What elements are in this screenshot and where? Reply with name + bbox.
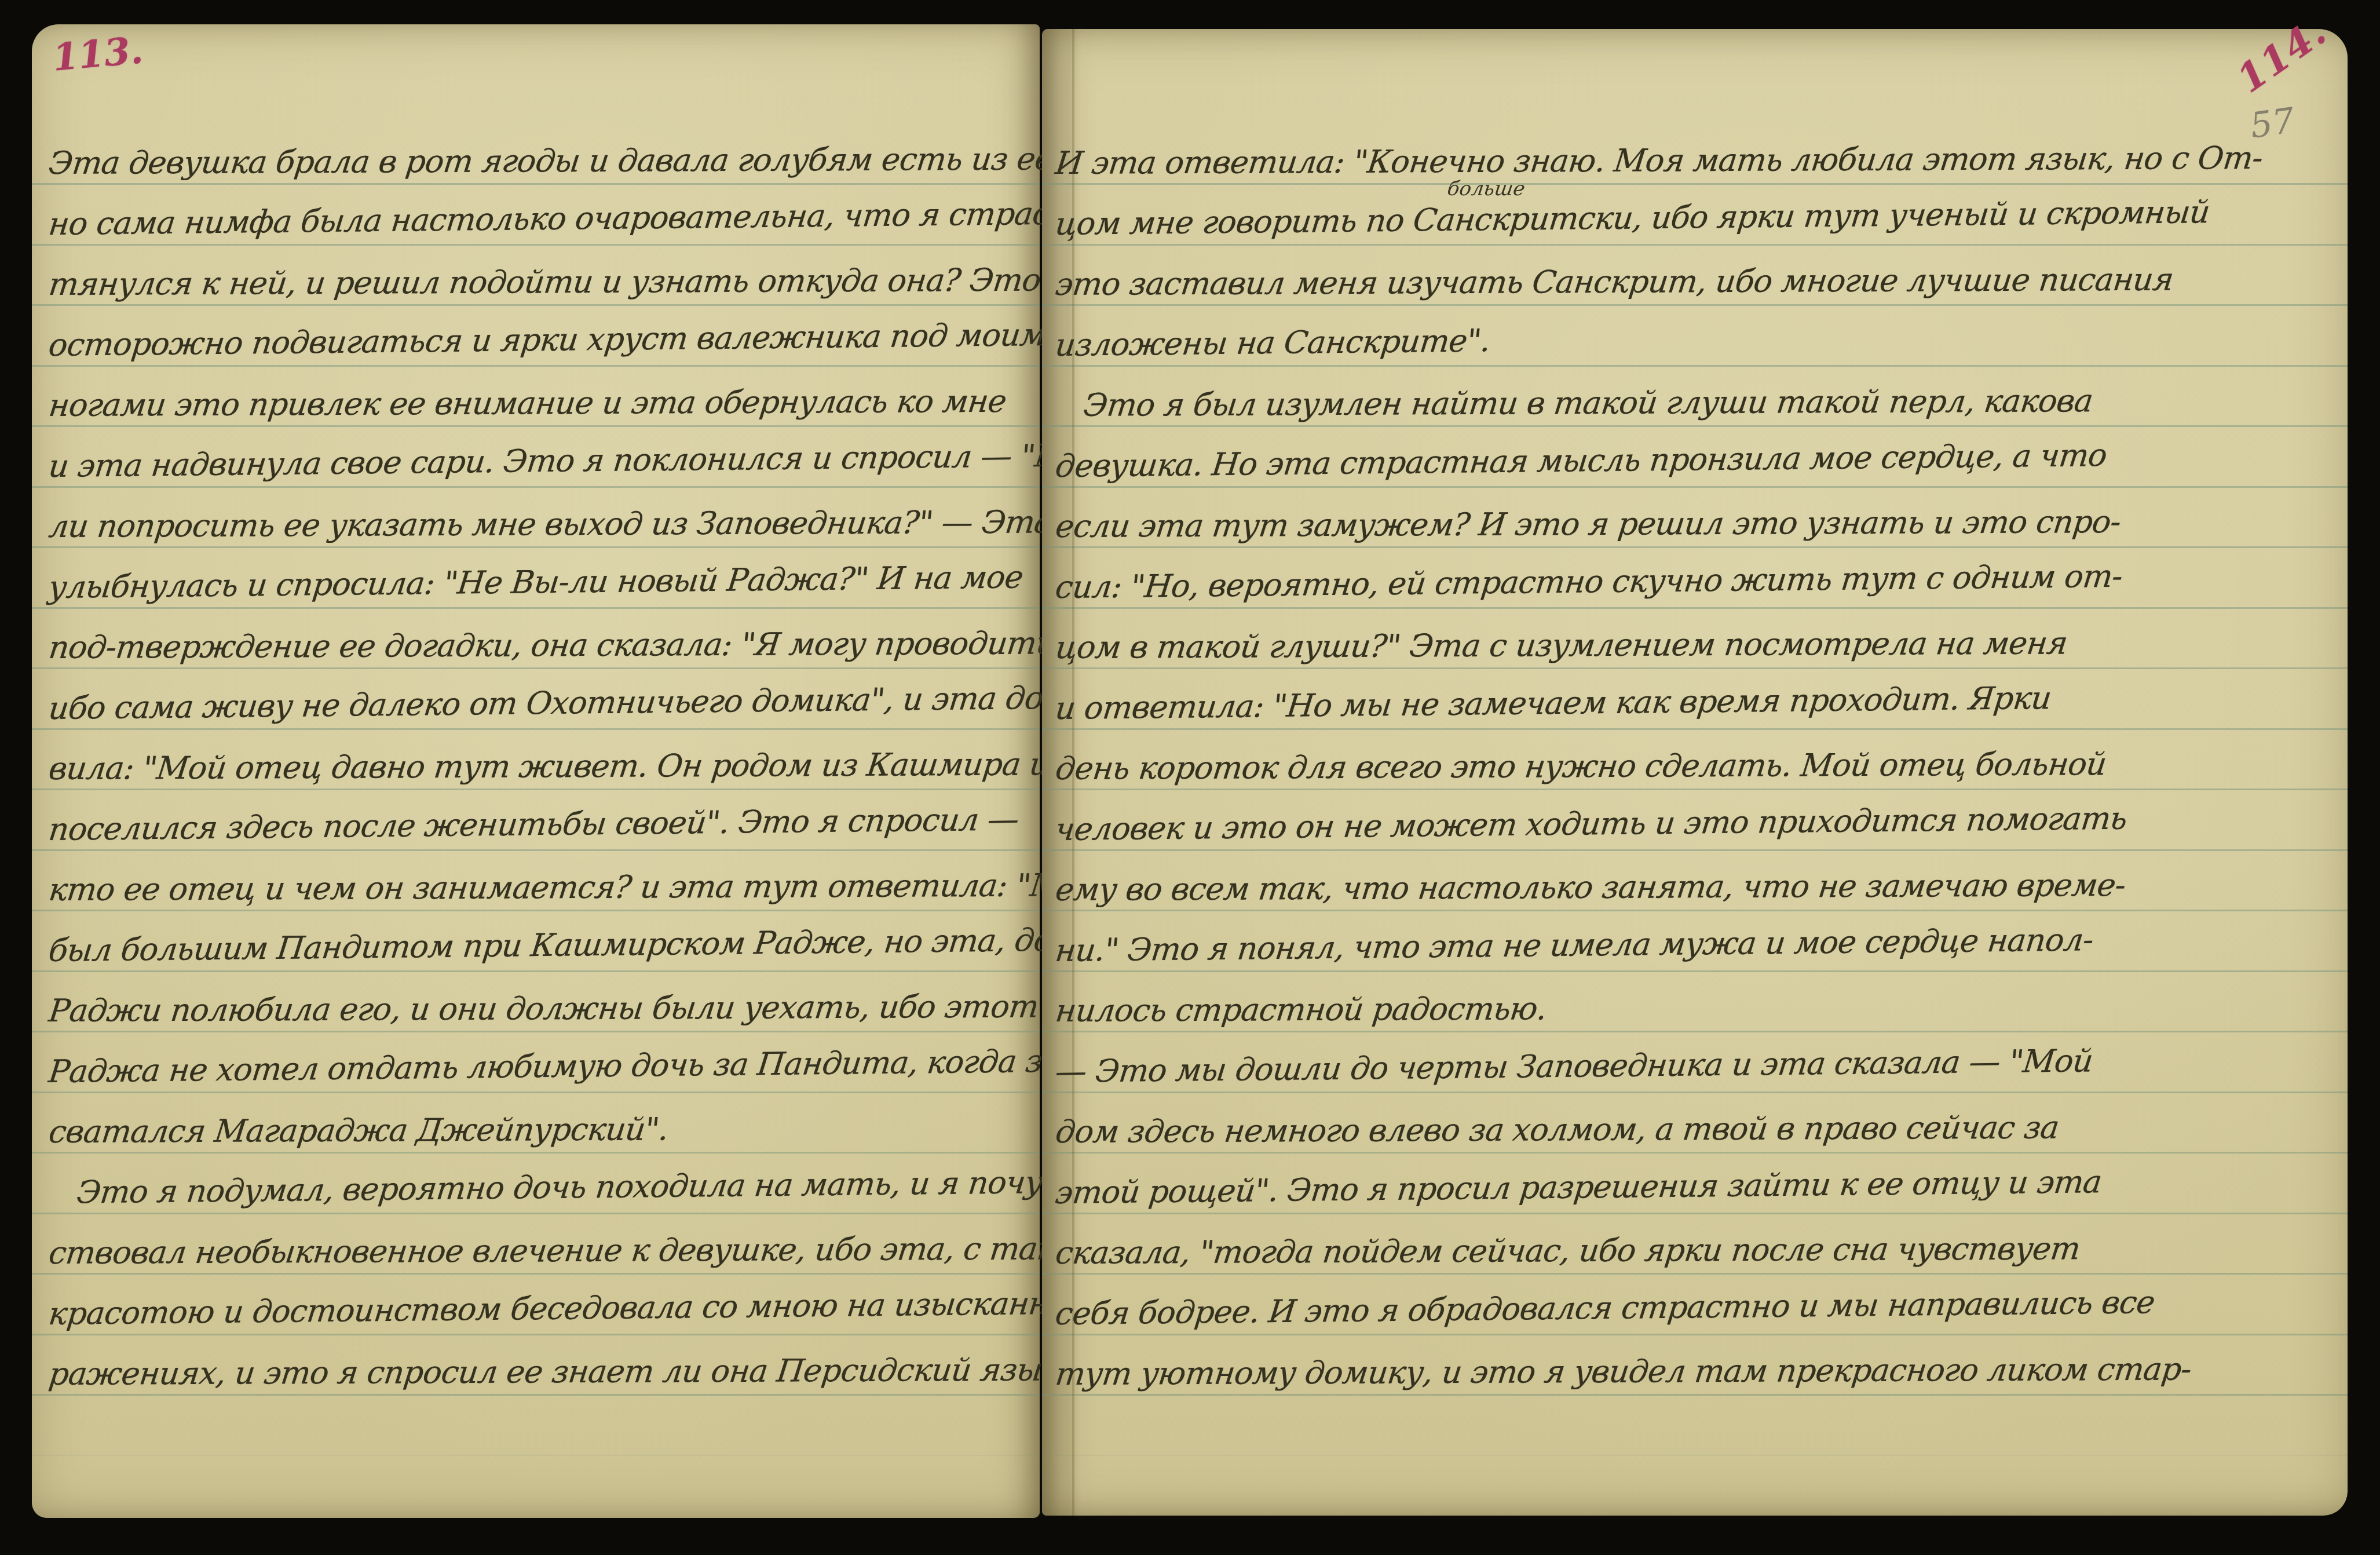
- handwritten-line: день короток для всего это нужно сделать…: [1052, 736, 2110, 797]
- handwritten-line: — Это мы дошли до черты Заповедника и эт…: [1052, 1033, 2096, 1100]
- handwritten-line: и эта надвинула свое сари. Это я поклони…: [46, 427, 1121, 494]
- handwritten-line: Это я был изумлен найти в такой глуши та…: [1052, 373, 2096, 433]
- handwritten-line: вила: "Мой отец давно тут живет. Он родо…: [46, 736, 1052, 797]
- handwritten-line: Раджи полюбила его, и они должны были уе…: [46, 979, 1041, 1039]
- handwritten-line: Эта девушка брала в рот ягоды и давала г…: [46, 131, 1142, 191]
- right-page: 114. 57 больше И эта ответила: "Конечно …: [1042, 29, 2348, 1516]
- handwritten-line: ногами это привлек ее внимание и эта обе…: [46, 374, 1009, 433]
- handwritten-line: был большим Пандитом при Кашмирском Радж…: [46, 912, 1091, 979]
- handwritten-line: улыбнулась и спросила: "Не Вы-ли новый Р…: [46, 549, 1026, 615]
- handwritten-line: сказала, "тогда пойдем сейчас, ибо ярки …: [1052, 1221, 2083, 1281]
- handwritten-line: сватался Магараджа Джейпурский".: [46, 1101, 671, 1160]
- handwritten-line: себя бодрее. И это я обрадовался страстн…: [1052, 1275, 2158, 1342]
- handwritten-line: ражениях, и это я спросил ее знает ли он…: [46, 1342, 1080, 1402]
- handwritten-line: поселился здесь после женитьбы своей". Э…: [46, 791, 1022, 857]
- handwritten-line: изложены на Санскрите".: [1052, 313, 1493, 373]
- handwritten-line: красотою и достоинством беседовала со мн…: [46, 1275, 1156, 1342]
- handwritten-line: если эта тут замужем? И это я решил это …: [1052, 494, 2124, 554]
- handwritten-line: тут уютному домику, и это я увидел там п…: [1052, 1341, 2194, 1402]
- handwritten-line: человек и это он не может ходить и это п…: [1052, 790, 2130, 857]
- handwritten-line: ибо сама живу не далеко от Охотничьего д…: [46, 670, 1093, 736]
- handwritten-line: цом в такой глуши?" Эта с изумлением пос…: [1052, 615, 2070, 676]
- scan-background: { "left_page": { "page_number": "113.", …: [0, 0, 2380, 1555]
- left-page: 113. Эта девушка брала в рот ягоды и дав…: [32, 24, 1040, 1518]
- handwritten-line: ни." Это я понял, что эта не имела мужа …: [1052, 912, 2096, 979]
- handwritten-line: кто ее отец и чем он занимается? и эта т…: [46, 857, 1103, 918]
- handwritten-line: девушка. Но эта страстная мысль пронзила…: [1052, 428, 2110, 494]
- right-page-text: И эта ответила: "Конечно знаю. Моя мать …: [1042, 29, 2348, 1516]
- handwritten-line: Это я подумал, вероятно дочь походила на…: [46, 1154, 1073, 1220]
- handwritten-line: ему во всем так, что настолько занята, ч…: [1052, 857, 2129, 918]
- handwritten-line: сил: "Но, вероятно, ей страстно скучно ж…: [1052, 548, 2125, 615]
- handwritten-line: ли попросить ее указать мне выход из Зап…: [46, 494, 1141, 554]
- handwritten-line: Раджа не хотел отдать любимую дочь за Па…: [46, 1032, 1136, 1100]
- handwritten-line: под-тверждение ее догадки, она сказала: …: [46, 615, 1160, 676]
- handwritten-line: нилось страстной радостью.: [1052, 981, 1550, 1039]
- handwritten-line: дом здесь немного влево за холмом, а тво…: [1052, 1100, 2062, 1160]
- handwritten-line: И эта ответила: "Конечно знаю. Моя мать …: [1052, 130, 2265, 191]
- handwritten-line: это заставил меня изучать Санскрит, ибо …: [1052, 252, 2176, 312]
- handwritten-line: цом мне говорить по Санскритски, ибо ярк…: [1052, 184, 2213, 252]
- handwritten-line: тянулся к ней, и решил подойти и узнать …: [46, 252, 1166, 312]
- handwritten-line: ствовал необыкновенное влечение к девушк…: [46, 1221, 1104, 1281]
- handwritten-line: этой рощей". Это я просил разрешения зай…: [1052, 1154, 2104, 1221]
- handwritten-line: но сама нимфа была настолько очарователь…: [46, 184, 1198, 252]
- handwritten-line: и ответила: "Но мы не замечаем как время…: [1052, 670, 2054, 736]
- notebook-spread: 113. Эта девушка брала в рот ягоды и дав…: [0, 0, 2380, 1555]
- left-page-text: Эта девушка брала в рот ягоды и давала г…: [32, 24, 1040, 1518]
- handwritten-line: осторожно подвигаться и ярки хруст валеж…: [46, 306, 1068, 373]
